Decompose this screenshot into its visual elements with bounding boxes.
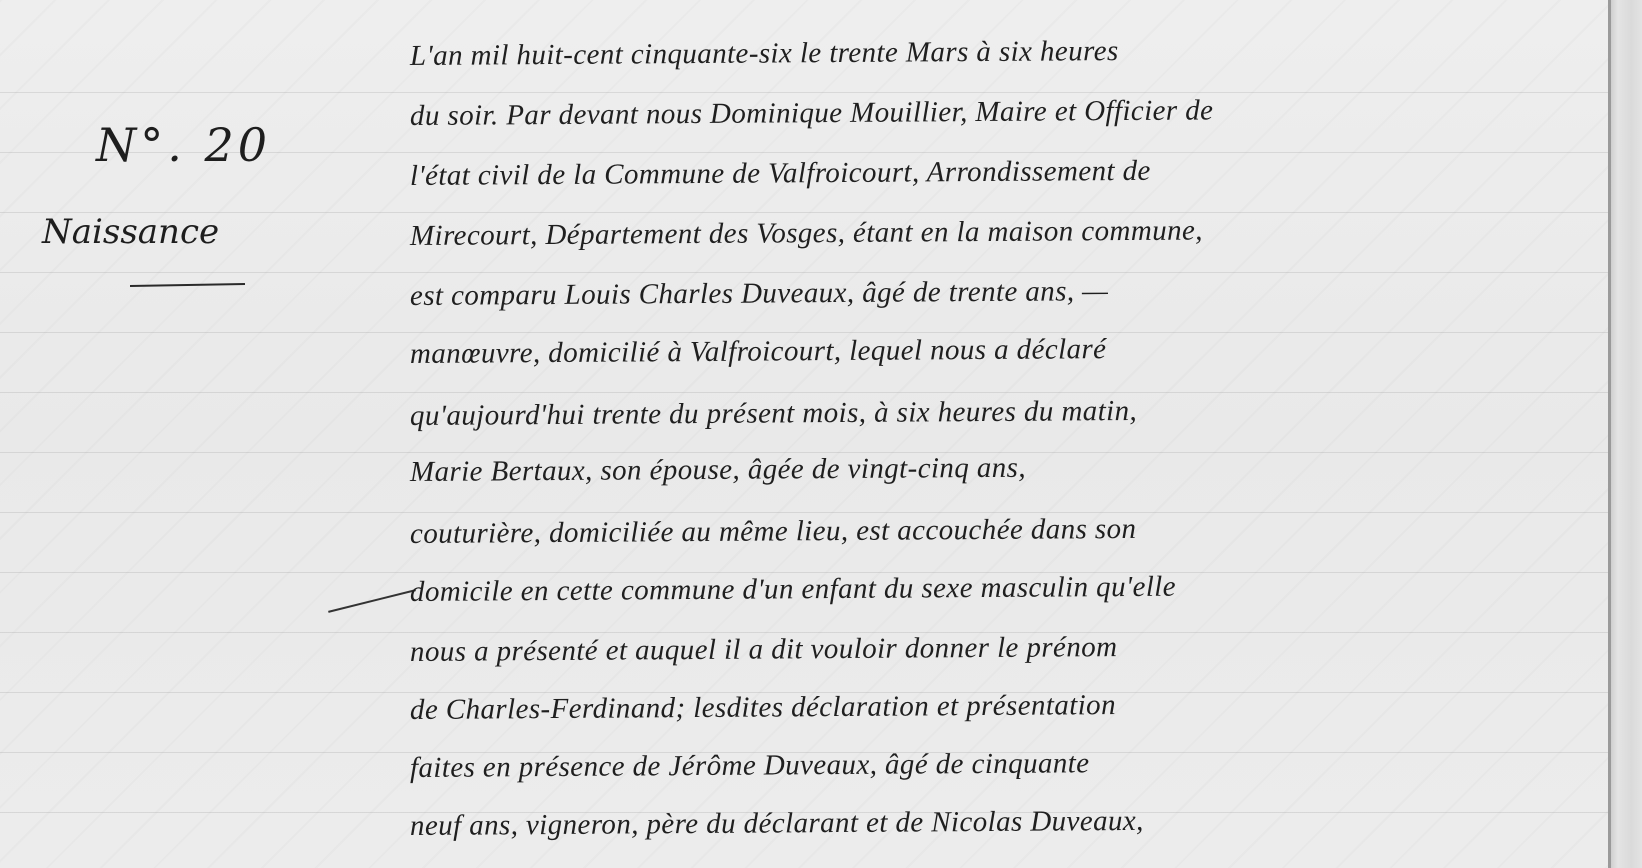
- text-line-5: est comparu Louis Charles Duveaux, âgé d…: [410, 272, 1560, 313]
- text-line-9: couturière, domiciliée au même lieu, est…: [410, 510, 1560, 551]
- text-line-3: l'état civil de la Commune de Valfroicou…: [410, 152, 1560, 193]
- entry-type-label: Naissance: [42, 212, 219, 252]
- register-page: N°. 20 Naissance L'an mil huit-cent cinq…: [0, 0, 1608, 868]
- text-line-13: faites en présence de Jérôme Duveaux, âg…: [410, 744, 1560, 785]
- text-line-2: du soir. Par devant nous Dominique Mouil…: [410, 92, 1560, 133]
- margin-underline: [130, 283, 245, 287]
- text-line-8: Marie Bertaux, son épouse, âgée de vingt…: [410, 448, 1560, 489]
- text-line-6: manœuvre, domicilié à Valfroicourt, lequ…: [410, 330, 1560, 371]
- text-line-12: de Charles-Ferdinand; lesdites déclarati…: [410, 686, 1560, 727]
- text-line-1: L'an mil huit-cent cinquante-six le tren…: [410, 32, 1560, 73]
- text-line-4: Mirecourt, Département des Vosges, étant…: [410, 212, 1560, 253]
- text-line-10: domicile en cette commune d'un enfant du…: [410, 568, 1560, 609]
- text-line-7: qu'aujourd'hui trente du présent mois, à…: [410, 392, 1560, 433]
- margin-flourish: [328, 589, 416, 613]
- text-line-11: nous a présenté et auquel il a dit voulo…: [410, 628, 1560, 669]
- text-line-14: neuf ans, vigneron, père du déclarant et…: [410, 802, 1560, 843]
- entry-number: N°. 20: [96, 118, 271, 172]
- book-binding-edge: [1608, 0, 1642, 868]
